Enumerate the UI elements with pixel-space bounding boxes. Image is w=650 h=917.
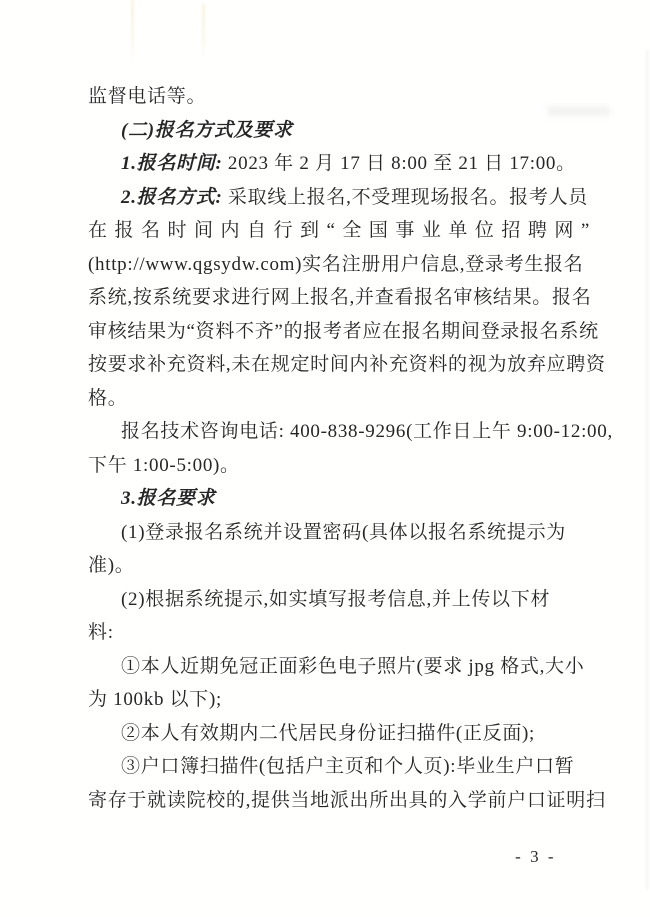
body-line-carryover: 监督电话等。 (88, 80, 622, 114)
body-text: (http://www.qgsydw.com)实名注册用户信息,登录考生报名 (88, 254, 583, 275)
body-line: 按要求补充资料,未在规定时间内补充资料的视为放弃应聘资 (88, 348, 622, 382)
document-body: 监督电话等。 (二)报名方式及要求 1.报名时间: 2023 年 2 月 17 … (88, 80, 622, 817)
scan-streak-artifact (131, 0, 134, 66)
body-text: 在报名时间内自行到“全国事业单位招聘网” (88, 220, 597, 241)
material-item-2: ②本人有效期内二代居民身份证扫描件(正反面); (88, 717, 622, 751)
body-text: 寄存于就读院校的,提供当地派出所出具的入学前户口证明扫 (88, 790, 606, 811)
body-text: ②本人有效期内二代居民身份证扫描件(正反面); (121, 723, 535, 744)
section-heading: (二)报名方式及要求 (88, 114, 622, 148)
item-label: 1.报名时间: (121, 153, 222, 174)
numbered-item-time: 1.报名时间: 2023 年 2 月 17 日 8:00 至 21 日 17:0… (88, 147, 622, 181)
body-line: 准)。 (88, 549, 622, 583)
body-line: 格。 (88, 382, 622, 416)
item-text: 2023 年 2 月 17 日 8:00 至 21 日 17:00。 (222, 153, 575, 174)
sub-item-2: (2)根据系统提示,如实填写报考信息,并上传以下材 (88, 583, 622, 617)
body-text: 料: (88, 622, 114, 643)
body-text: 格。 (88, 388, 127, 409)
sub-item-1: (1)登录报名系统并设置密码(具体以报名系统提示为 (88, 516, 622, 550)
body-line: 为 100kb 以下); (88, 683, 622, 717)
material-item-1: ①本人近期免冠正面彩色电子照片(要求 jpg 格式,大小 (88, 650, 622, 684)
body-text: 监督电话等。 (88, 86, 206, 107)
body-text: (2)根据系统提示,如实填写报考信息,并上传以下材 (121, 589, 550, 610)
body-text: (1)登录报名系统并设置密码(具体以报名系统提示为 (121, 522, 566, 543)
item-label: 2.报名方式: (121, 187, 222, 208)
body-line-url: (http://www.qgsydw.com)实名注册用户信息,登录考生报名 (88, 248, 622, 282)
body-text: 系统,按系统要求进行网上报名,并查看报名审核结果。报名 (88, 287, 591, 308)
scan-streak-artifact (202, 4, 205, 62)
item-text: 采取线上报名,不受理现场报名。报考人员 (222, 187, 588, 208)
material-item-3: ③户口簿扫描件(包括户主页和个人页):毕业生户口暂 (88, 750, 622, 784)
body-line: 审核结果为“资料不齐”的报考者应在报名期间登录报名系统 (88, 315, 622, 349)
body-text: 按要求补充资料,未在规定时间内补充资料的视为放弃应聘资 (88, 354, 606, 375)
body-line: 寄存于就读院校的,提供当地派出所出具的入学前户口证明扫 (88, 784, 622, 818)
body-line: 下午 1:00-5:00)。 (88, 449, 622, 483)
body-text: ③户口簿扫描件(包括户主页和个人页):毕业生户口暂 (121, 756, 574, 777)
body-text: 准)。 (88, 555, 134, 576)
body-text: 审核结果为“资料不齐”的报考者应在报名期间登录报名系统 (88, 321, 599, 342)
numbered-item-requirements: 3.报名要求 (88, 482, 622, 516)
page-number: - 3 - (515, 847, 556, 867)
scan-edge-shadow (646, 50, 648, 890)
section-heading-text: (二)报名方式及要求 (121, 120, 293, 141)
body-line: 在报名时间内自行到“全国事业单位招聘网” (88, 214, 622, 248)
body-line-hotline: 报名技术咨询电话: 400-838-9296(工作日上午 9:00-12:00, (88, 415, 622, 449)
item-label: 3.报名要求 (121, 488, 215, 509)
body-text: 报名技术咨询电话: 400-838-9296(工作日上午 9:00-12:00, (121, 421, 613, 442)
body-text: 下午 1:00-5:00)。 (88, 455, 240, 476)
numbered-item-method: 2.报名方式: 采取线上报名,不受理现场报名。报考人员 (88, 181, 622, 215)
body-line: 料: (88, 616, 622, 650)
body-text: 为 100kb 以下); (88, 689, 222, 710)
body-line: 系统,按系统要求进行网上报名,并查看报名审核结果。报名 (88, 281, 622, 315)
body-text: ①本人近期免冠正面彩色电子照片(要求 jpg 格式,大小 (121, 656, 584, 677)
